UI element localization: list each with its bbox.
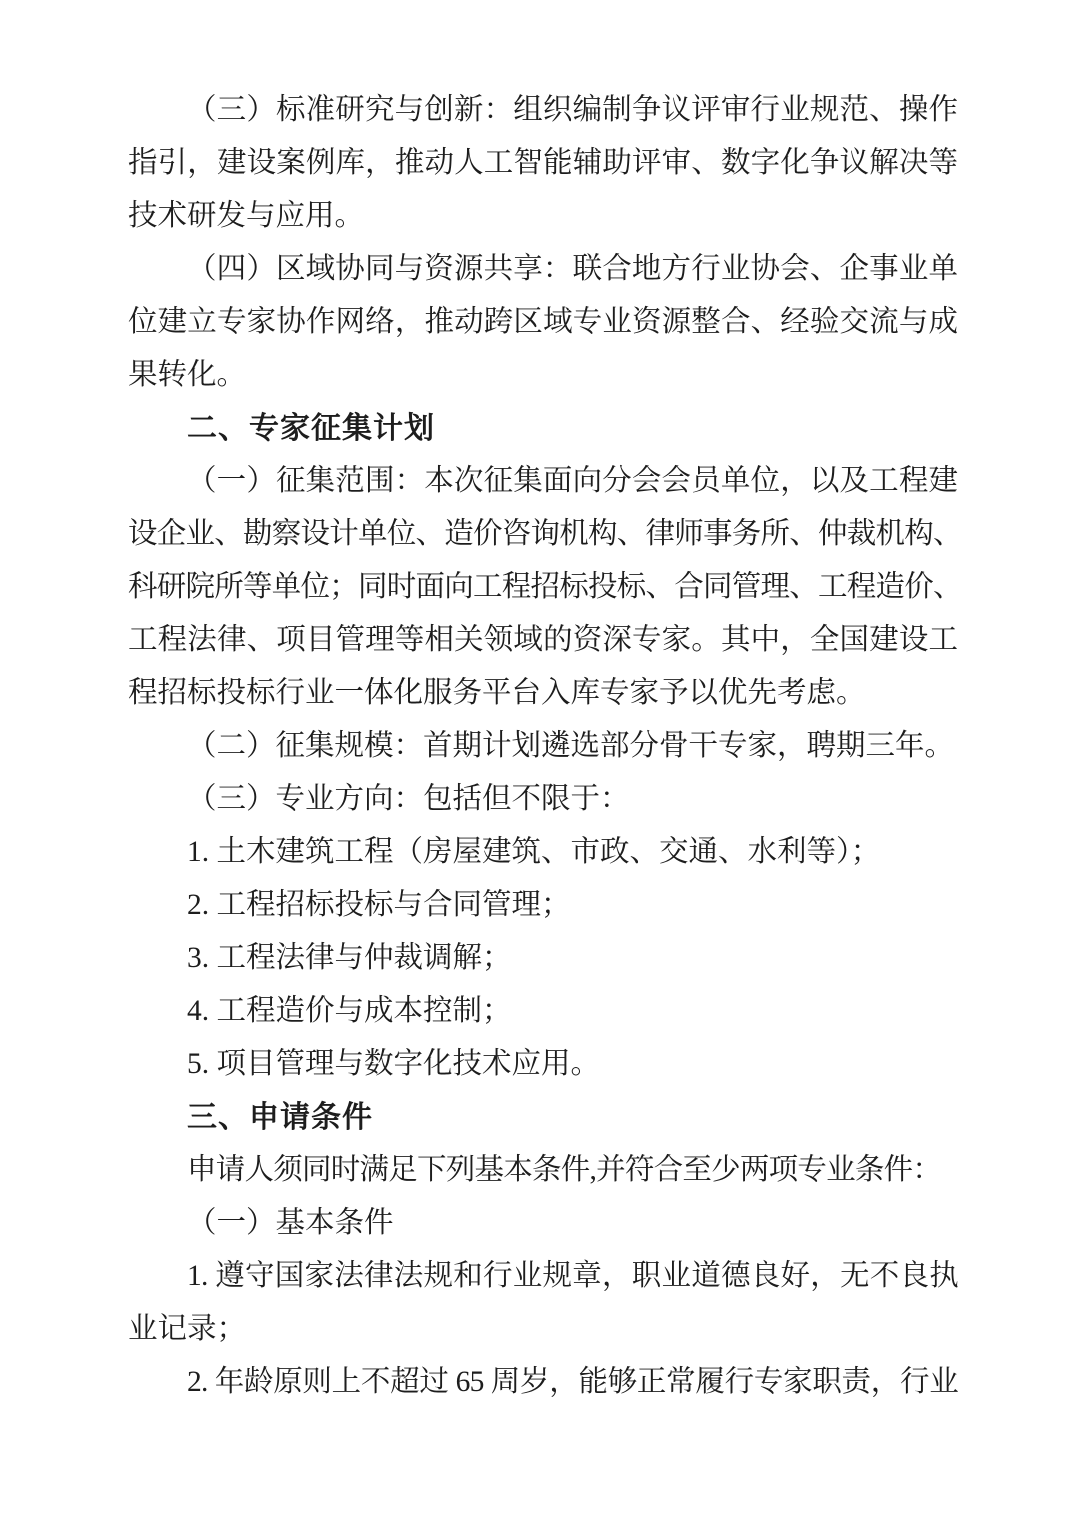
text-line: （一）基本条件 <box>128 1197 958 1250</box>
list-item: 2. 工程招标投标与合同管理； <box>128 879 958 932</box>
text-line: 2. 年龄原则上不超过 65 周岁，能够正常履行专家职责，行业 <box>128 1356 958 1409</box>
paragraph: 2. 年龄原则上不超过 65 周岁，能够正常履行专家职责，行业 <box>128 1356 958 1409</box>
text-line: 申请人须同时满足下列基本条件,并符合至少两项专业条件： <box>128 1144 958 1197</box>
section-heading: 二、专家征集计划 <box>128 402 958 455</box>
text-line: 指引，建设案例库，推动人工智能辅助评审、数字化争议解决等 <box>128 137 958 190</box>
text-line: （四）区域协同与资源共享：联合地方行业协会、企事业单 <box>128 243 958 296</box>
section-heading: 三、申请条件 <box>128 1091 958 1144</box>
text-line: （一）征集范围：本次征集面向分会会员单位，以及工程建 <box>128 455 958 508</box>
text-line: 位建立专家协作网络，推动跨区域专业资源整合、经验交流与成 <box>128 296 958 349</box>
text-line: 技术研发与应用。 <box>128 190 958 243</box>
text-line: 果转化。 <box>128 349 958 402</box>
text-line: 4. 工程造价与成本控制； <box>128 985 958 1038</box>
paragraph: （三）专业方向：包括但不限于： <box>128 773 958 826</box>
text-line: 3. 工程法律与仲裁调解； <box>128 932 958 985</box>
text-line: 科研院所等单位；同时面向工程招标投标、合同管理、工程造价、 <box>128 561 958 614</box>
text-line: 1. 土木建筑工程（房屋建筑、市政、交通、水利等）； <box>128 826 958 879</box>
text-line: 三、申请条件 <box>128 1091 958 1144</box>
paragraph: （三）标准研究与创新：组织编制争议评审行业规范、操作指引，建设案例库，推动人工智… <box>128 84 958 243</box>
text-line: （三）专业方向：包括但不限于： <box>128 773 958 826</box>
list-item: 4. 工程造价与成本控制； <box>128 985 958 1038</box>
paragraph: （四）区域协同与资源共享：联合地方行业协会、企事业单位建立专家协作网络，推动跨区… <box>128 243 958 402</box>
text-line: 5. 项目管理与数字化技术应用。 <box>128 1038 958 1091</box>
text-line: （三）标准研究与创新：组织编制争议评审行业规范、操作 <box>128 84 958 137</box>
text-line: 程招标投标行业一体化服务平台入库专家予以优先考虑。 <box>128 667 958 720</box>
text-line: （二）征集规模：首期计划遴选部分骨干专家，聘期三年。 <box>128 720 958 773</box>
list-item: 3. 工程法律与仲裁调解； <box>128 932 958 985</box>
document-body: （三）标准研究与创新：组织编制争议评审行业规范、操作指引，建设案例库，推动人工智… <box>128 84 958 1409</box>
list-item: 5. 项目管理与数字化技术应用。 <box>128 1038 958 1091</box>
text-line: 工程法律、项目管理等相关领域的资深专家。其中，全国建设工 <box>128 614 958 667</box>
text-line: 设企业、勘察设计单位、造价咨询机构、律师事务所、仲裁机构、 <box>128 508 958 561</box>
text-line: 业记录； <box>128 1303 958 1356</box>
text-line: 1. 遵守国家法律法规和行业规章，职业道德良好，无不良执 <box>128 1250 958 1303</box>
text-line: 2. 工程招标投标与合同管理； <box>128 879 958 932</box>
paragraph: 申请人须同时满足下列基本条件,并符合至少两项专业条件： <box>128 1144 958 1197</box>
paragraph: （一）征集范围：本次征集面向分会会员单位，以及工程建设企业、勘察设计单位、造价咨… <box>128 455 958 720</box>
paragraph: 1. 遵守国家法律法规和行业规章，职业道德良好，无不良执业记录； <box>128 1250 958 1356</box>
document-page: （三）标准研究与创新：组织编制争议评审行业规范、操作指引，建设案例库，推动人工智… <box>0 0 1080 1527</box>
paragraph: （一）基本条件 <box>128 1197 958 1250</box>
list-item: 1. 土木建筑工程（房屋建筑、市政、交通、水利等）； <box>128 826 958 879</box>
text-line: 二、专家征集计划 <box>128 402 958 455</box>
paragraph: （二）征集规模：首期计划遴选部分骨干专家，聘期三年。 <box>128 720 958 773</box>
